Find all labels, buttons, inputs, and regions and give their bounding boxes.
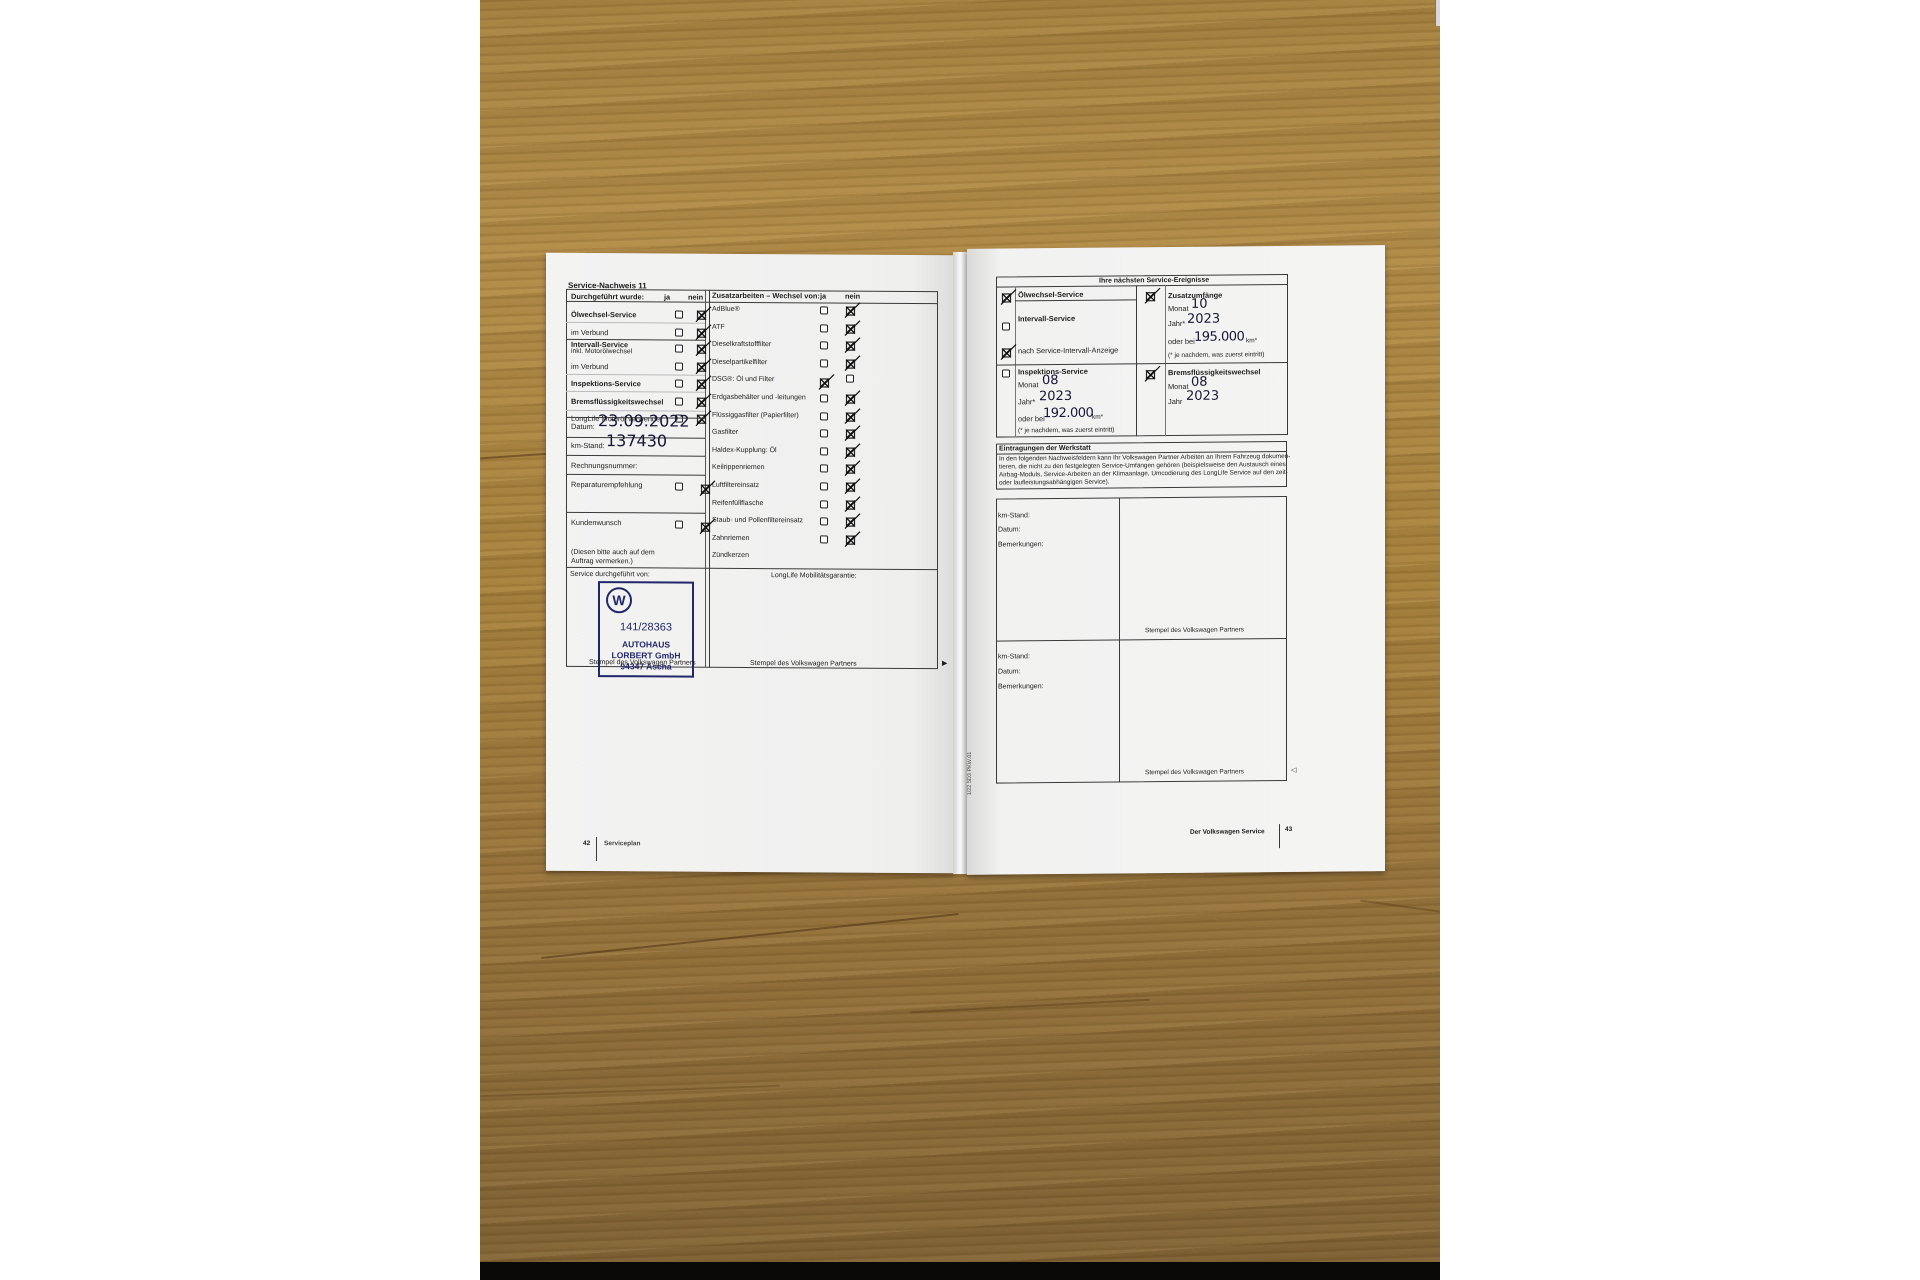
stamp-caption-left: Stempel des Volkswagen Partners [589,659,696,667]
extra-label: Reifenfüllflasche [712,499,763,506]
checked-mark-icon [843,478,861,496]
extra-label: DSG®: Öl und Filter [712,376,774,383]
extra-nein-checkbox[interactable] [843,425,861,443]
extra-ja-checkbox[interactable] [817,479,835,497]
entry2-remarks-label: Bemerkungen: [998,683,1044,690]
extra-nein-checkbox[interactable] [843,372,861,390]
extra-label: Gasfilter [712,429,738,436]
service-nein-checkbox[interactable] [694,358,712,376]
checked-mark-icon [843,319,861,337]
datum-label: Datum: [571,423,595,431]
col-header-ja: ja [664,293,670,300]
checked-mark-icon [694,375,712,393]
extras-year-label: Jahr* [1168,320,1185,328]
invoice-label: Rechnungsnummer: [571,462,638,470]
checked-mark-icon [843,407,861,425]
checked-mark-icon [843,425,861,443]
side-code: 1/22 5D3 PKW.01 [968,752,974,796]
entry1-remarks-label: Bemerkungen: [998,541,1044,548]
checked-mark-icon [843,530,861,548]
entry1-km-label: km-Stand: [998,512,1030,519]
extra-label: AdBlue® [712,306,740,313]
customer-ja-checkbox[interactable] [675,521,683,529]
entry1-stamp-caption: Stempel des Volkswagen Partners [1145,627,1244,634]
extra-nein-checkbox[interactable] [843,302,861,320]
entry1-date-label: Datum: [998,526,1021,533]
datum-value: 23.09.2022 [598,413,690,430]
extra-ja-checkbox[interactable] [817,391,835,409]
extra-label: Flüssiggasfilter (Papierfilter) [712,411,799,419]
service-ja-checkbox[interactable] [672,360,690,378]
inspection-km-value: 192.000 [1043,407,1093,420]
stamp-line-1: AUTOHAUS [600,639,692,650]
entry2-stamp-caption: Stempel des Volkswagen Partners [1145,769,1244,776]
checked-mark-icon [1143,287,1161,305]
km-label: km-Stand: [571,442,605,450]
checked-mark-icon [999,288,1017,306]
extra-ja-checkbox[interactable] [817,409,835,427]
col-header-nein-2: nein [845,293,860,300]
brake-year-label: Jahr [1168,398,1182,406]
extras-year-value: 2023 [1187,313,1220,326]
checked-mark-icon [698,480,716,498]
entry2-km-label: km-Stand: [998,653,1030,660]
repair-ja-checkbox[interactable] [675,483,683,491]
inspection-km-label: oder bei [1018,415,1045,423]
inspection-year-value: 2023 [1039,390,1072,403]
service-ja-checkbox[interactable] [672,308,690,326]
service-nein-checkbox[interactable] [694,375,712,393]
indicator-label: nach Service-Intervall-Anzeige [1018,347,1118,355]
brake-year-value: 2023 [1186,390,1219,403]
extra-ja-checkbox[interactable] [817,356,835,374]
extra-label: Erdgasbehälter und -leitungen [712,394,806,402]
extra-nein-checkbox[interactable] [843,513,861,531]
extra-label: ATF [712,323,725,330]
oil-service-label: Ölwechsel-Service [1018,291,1083,299]
stamp-number: 141/28363 [600,621,692,634]
mobility-guarantee-label: LongLife Mobilitätsgarantie: [771,572,857,580]
repair-recommendation-label: Reparaturempfehlung [571,481,643,489]
entry2-date-label: Datum: [998,668,1021,675]
checked-mark-icon [843,442,861,460]
note-line-2: Auftrag vermerken.) [571,558,633,565]
extra-ja-checkbox[interactable] [817,321,835,339]
checked-mark-icon [694,358,712,376]
edge-object [1435,0,1440,26]
extras-km-unit: km* [1246,338,1257,345]
checked-mark-icon [843,495,861,513]
extra-nein-checkbox[interactable] [843,460,861,478]
service-label: Bremsflüssigkeitswechsel [571,398,663,406]
service-label: im Verbund [571,363,608,371]
inspection-note: (* je nachdem, was zuerst eintritt) [1018,428,1114,435]
extra-label: Dieselkraftstofffilter [712,341,771,348]
inspection-year-label: Jahr* [1018,398,1035,406]
inspection-month-value: 08 [1042,374,1059,387]
service-nein-checkbox[interactable] [694,340,712,358]
extra-ja-checkbox[interactable] [817,532,835,550]
inspection-checkbox[interactable] [999,366,1017,384]
service-by-label: Service durchgeführt von: [570,571,650,578]
extra-nein-checkbox[interactable] [843,407,861,425]
black-strip [480,1262,1440,1280]
extras-month-label: Monat [1168,305,1189,313]
extra-nein-checkbox[interactable] [843,354,861,372]
service-ja-checkbox[interactable] [672,342,690,360]
extra-ja-checkbox[interactable] [817,497,835,515]
note-line-1: (Diesen bitte auch auf dem [571,549,655,557]
checked-mark-icon [694,306,712,324]
oil-service-checkbox[interactable] [999,288,1017,306]
interval-service-checkbox[interactable] [999,319,1017,337]
checked-mark-icon [694,393,712,411]
extra-label: Keilrippenriemen [712,464,765,471]
page-number-right: 43 [1285,827,1292,834]
checked-mark-icon [843,460,861,478]
customer-nein-checkbox[interactable] [698,518,716,536]
col-header-ja-2: ja [820,292,826,299]
extra-nein-checkbox[interactable] [843,478,861,496]
extras-km-value: 195.000 [1194,330,1244,343]
page-number-left: 42 [583,841,590,848]
prev-page-arrow-icon: ◁ [1291,767,1296,774]
section-left: Serviceplan [604,841,641,848]
checked-mark-icon [843,337,861,355]
checked-mark-icon [843,513,861,531]
checked-mark-icon [843,354,861,372]
checked-mark-icon [1143,365,1161,383]
extras-km-label: oder bei [1168,338,1195,346]
customer-request-label: Kundenwunsch [571,519,622,527]
workshop-text-4: oder laufleistungsabhängigen Service). [999,480,1110,487]
extra-label: Zahnriemen [712,535,749,542]
extra-nein-checkbox[interactable] [843,319,861,337]
extra-ja-checkbox[interactable] [817,515,835,533]
extra-label: Dieselpartikelfilter [712,359,767,366]
service-label: im Verbund [571,329,608,337]
col-header-extras: Zusatzarbeiten – Wechsel von: [712,292,820,300]
workshop-title: Eintragungen der Werkstatt [999,445,1091,453]
extra-nein-checkbox[interactable] [843,495,861,513]
checked-mark-icon [999,343,1017,361]
indicator-checkbox[interactable] [999,343,1017,361]
service-nein-checkbox[interactable] [694,393,712,411]
extra-nein-checkbox[interactable] [843,337,861,355]
service-label: Inspektions-Service [571,380,641,388]
stamp-caption-right: Stempel des Volkswagen Partners [750,660,857,668]
booklet-spine [953,252,967,874]
checked-mark-icon [843,302,861,320]
extra-nein-checkbox[interactable] [843,442,861,460]
extra-ja-checkbox[interactable] [817,339,835,357]
extra-ja-checkbox[interactable] [817,444,835,462]
extras-note: (* je nachdem, was zuerst eintritt) [1168,352,1264,359]
interval-service-label: Intervall-Service [1018,315,1075,323]
col-header-nein: nein [688,294,703,301]
extra-ja-checkbox[interactable] [817,462,835,480]
service-ja-checkbox[interactable] [672,395,690,413]
inspection-km-unit: km* [1092,415,1103,422]
extra-label: Luftfiltereinsatz [712,482,759,489]
checked-mark-icon [698,518,716,536]
checked-mark-icon [843,390,861,408]
brake-fluid-checkbox[interactable] [1143,365,1161,383]
brake-fluid-label: Bremsflüssigkeitswechsel [1168,368,1260,376]
extra-label: Zündkerzen [712,552,749,559]
extra-label: Staub- und Pollenfiltereinsatz [712,517,803,525]
next-page-arrow-icon: ▶ [942,660,947,667]
extras-month-value: 10 [1191,298,1208,311]
section-right: Der Volkswagen Service [1190,829,1265,836]
vw-logo-icon: W [606,587,632,613]
service-nein-checkbox[interactable] [694,306,712,324]
repair-nein-checkbox[interactable] [698,480,716,498]
right-page: Ihre nächsten Service-Ereignisse Ölwechs… [967,245,1385,875]
extra-nein-checkbox[interactable] [843,530,861,548]
extra-nein-checkbox[interactable] [843,390,861,408]
checked-mark-icon [694,340,712,358]
extra-ja-checkbox[interactable] [817,374,835,392]
extra-ja-checkbox[interactable] [817,303,835,321]
extra-ja-checkbox[interactable] [817,427,835,445]
service-ja-checkbox[interactable] [672,377,690,395]
service-label: Ölwechsel-Service [571,311,636,319]
extra-label: Haldex-Kupplung: Öl [712,447,777,454]
km-value: 137430 [606,433,667,449]
left-page: Service-Nachweis 11 Durchgeführt wurde: … [546,253,954,873]
events-title: Ihre nächsten Service-Ereignisse [1099,277,1209,285]
service-sublabel: inkl. Motorölwechsel [571,349,632,356]
extras-checkbox[interactable] [1143,287,1161,305]
col-header-done: Durchgeführt wurde: [571,293,644,301]
brake-month-value: 08 [1191,376,1208,389]
inspection-month-label: Monat [1018,381,1039,389]
checked-mark-icon [817,374,835,392]
